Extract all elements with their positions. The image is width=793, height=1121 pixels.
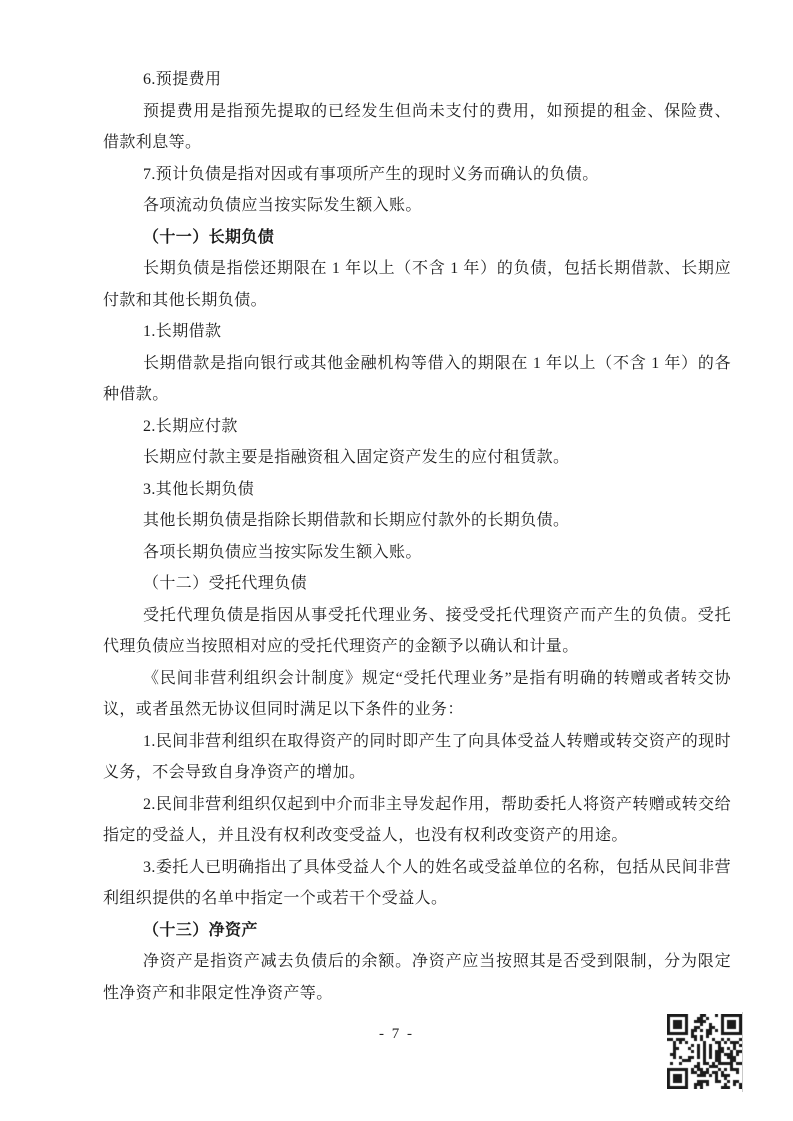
paragraph: 7.预计负债是指对因或有事项所产生的现时义务而确认的负债。 [103, 159, 731, 191]
paragraph: 各项长期负债应当按实际发生额入账。 [103, 537, 731, 569]
paragraph: 《民间非营利组织会计制度》规定“受托代理业务”是指有明确的转赠或者转交协议，或者… [103, 663, 731, 726]
paragraph: 长期应付款主要是指融资租入固定资产发生的应付租赁款。 [103, 442, 731, 474]
paragraph: 1.长期借款 [103, 316, 731, 348]
paragraph: 预提费用是指预先提取的已经发生但尚未支付的费用，如预提的租金、保险费、借款利息等… [103, 96, 731, 159]
qr-code-icon [667, 1014, 742, 1089]
section-heading: （十一）长期负债 [103, 222, 731, 254]
paragraph: 6.预提费用 [103, 64, 731, 96]
paragraph: 其他长期负债是指除长期借款和长期应付款外的长期负债。 [103, 505, 731, 537]
paragraph: 2.长期应付款 [103, 411, 731, 443]
document-body: 6.预提费用预提费用是指预先提取的已经发生但尚未支付的费用，如预提的租金、保险费… [103, 64, 731, 1009]
paragraph: 各项流动负债应当按实际发生额入账。 [103, 190, 731, 222]
paragraph: 2.民间非营利组织仅起到中介而非主导发起作用，帮助委托人将资产转赠或转交给指定的… [103, 789, 731, 852]
paragraph: 3.委托人已明确指出了具体受益人个人的姓名或受益单位的名称，包括从民间非营利组织… [103, 852, 731, 915]
paragraph: 长期负债是指偿还期限在 1 年以上（不含 1 年）的负债，包括长期借款、长期应付… [103, 253, 731, 316]
paragraph: 1.民间非营利组织在取得资产的同时即产生了向具体受益人转赠或转交资产的现时义务，… [103, 726, 731, 789]
paragraph: 3.其他长期负债 [103, 474, 731, 506]
paragraph: 长期借款是指向银行或其他金融机构等借入的期限在 1 年以上（不含 1 年）的各种… [103, 348, 731, 411]
scan-artifact-line [742, 1012, 743, 1092]
paragraph: 受托代理负债是指因从事受托代理业务、接受受托代理资产而产生的负债。受托代理负债应… [103, 600, 731, 663]
document-page: 6.预提费用预提费用是指预先提取的已经发生但尚未支付的费用，如预提的租金、保险费… [0, 0, 793, 1121]
paragraph: 净资产是指资产减去负债后的余额。净资产应当按照其是否受到限制，分为限定性净资产和… [103, 946, 731, 1009]
section-heading: （十三）净资产 [103, 915, 731, 947]
paragraph: （十二）受托代理负债 [103, 568, 731, 600]
